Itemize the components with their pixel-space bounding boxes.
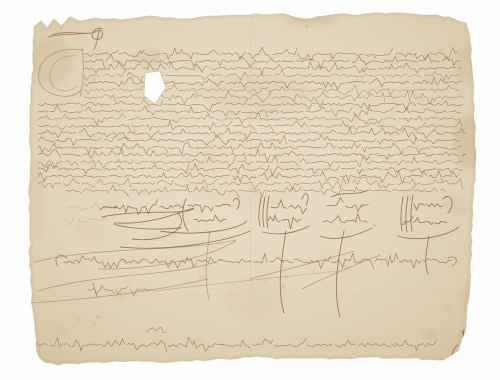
manuscript-document bbox=[0, 0, 500, 380]
photo-background bbox=[0, 0, 500, 380]
